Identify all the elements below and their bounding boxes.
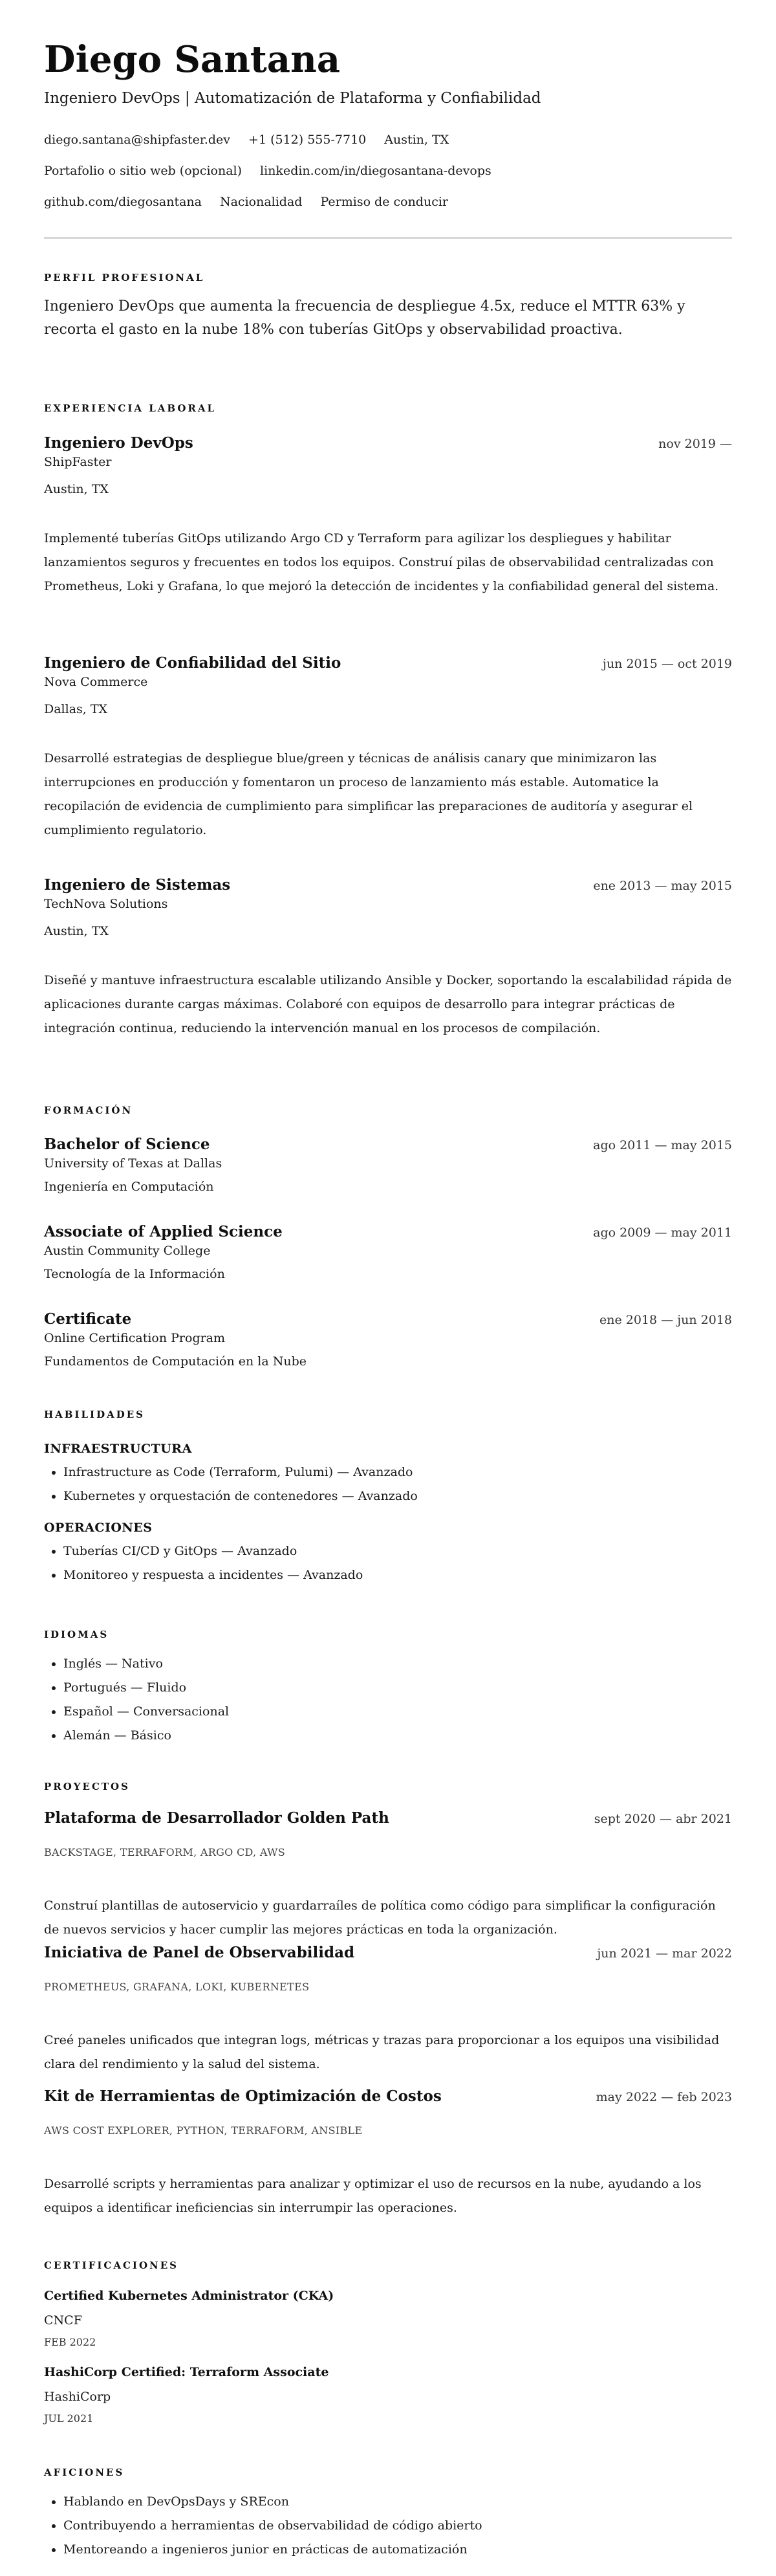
contact-portfolio[interactable]: Portafolio o sitio web (opcional): [44, 164, 242, 178]
job-dates: ene 2013 — may 2015: [593, 877, 732, 895]
header-divider: [44, 237, 732, 239]
section-title: Certificaciones: [44, 2258, 732, 2273]
section-certifications: Certificaciones Certified Kubernetes Adm…: [44, 2258, 732, 2427]
hobby-item: Mentoreando a ingenieros junior en práct…: [63, 2538, 732, 2562]
contact-row: Portafolio o sitio web (opcional)linkedi…: [44, 162, 732, 180]
skill-list: Infrastructure as Code (Terraform, Pulum…: [44, 1460, 732, 1508]
hobby-list: Hablando en DevOpsDays y SREcon Contribu…: [44, 2490, 732, 2562]
skill-item: Monitoreo y respuesta a incidentes — Ava…: [63, 1563, 732, 1587]
job-description: Diseñé y mantuve infraestructura escalab…: [44, 969, 732, 1040]
contact-linkedin[interactable]: linkedin.com/in/diegosantana-devops: [260, 164, 491, 178]
skill-group-title: OPERACIONES: [44, 1519, 732, 1537]
cert-date: JUL 2021: [44, 2411, 732, 2427]
contact-row: diego.santana@shipfaster.dev+1 (512) 555…: [44, 131, 732, 149]
job-role: Ingeniero de Confiabilidad del Sitio: [44, 654, 341, 673]
contact-nationality: Nacionalidad: [220, 195, 302, 209]
contact-row: github.com/diegosantanaNacionalidadPermi…: [44, 193, 732, 211]
job-company: Nova Commerce: [44, 673, 732, 691]
project-dates: may 2022 — feb 2023: [596, 2088, 732, 2106]
job-company: ShipFaster: [44, 453, 732, 471]
section-title: Habilidades: [44, 1407, 732, 1422]
project-description: Desarrollé scripts y herramientas para a…: [44, 2172, 732, 2220]
project-tech: PROMETHEUS, GRAFANA, LOKI, KUBERNETES: [44, 1979, 732, 1995]
language-list: Inglés — Nativo Portugués — Fluido Españ…: [44, 1652, 732, 1748]
contact-phone[interactable]: +1 (512) 555-7710: [248, 133, 366, 147]
cert-date: FEB 2022: [44, 2335, 732, 2350]
skill-item: Tuberías CI/CD y GitOps — Avanzado: [63, 1539, 732, 1563]
job-location: Dallas, TX: [44, 700, 732, 718]
language-item: Inglés — Nativo: [63, 1652, 732, 1676]
project-name: Plataforma de Desarrollador Golden Path: [44, 1809, 389, 1828]
language-item: Español — Conversacional: [63, 1700, 732, 1724]
job-entry: Ingeniero DevOps nov 2019 — ShipFaster A…: [44, 434, 732, 599]
candidate-name: Diego Santana: [44, 0, 732, 83]
cert-issuer: HashiCorp: [44, 2388, 732, 2406]
education-dates: ago 2011 — may 2015: [593, 1136, 732, 1154]
section-projects-title: Proyectos: [44, 1779, 732, 1794]
education-entry: Certificate ene 2018 — jun 2018 Online C…: [44, 1310, 732, 1371]
education-degree: Certificate: [44, 1310, 131, 1329]
job-entry: Ingeniero de Sistemas ene 2013 — may 201…: [44, 875, 732, 1040]
education-school: Austin Community College: [44, 1242, 732, 1260]
project-name: Iniciativa de Panel de Observabilidad: [44, 1943, 354, 1963]
skill-group-title: INFRAESTRUCTURA: [44, 1440, 732, 1458]
contact-github[interactable]: github.com/diegosantana: [44, 195, 202, 209]
language-item: Alemán — Básico: [63, 1724, 732, 1748]
contact-driving-license: Permiso de conducir: [320, 195, 448, 209]
job-dates: jun 2015 — oct 2019: [603, 655, 732, 673]
section-title: Perfil Profesional: [44, 270, 732, 285]
project-tech: BACKSTAGE, TERRAFORM, ARGO CD, AWS: [44, 1845, 732, 1860]
section-title: Idiomas: [44, 1627, 732, 1642]
job-role: Ingeniero de Sistemas: [44, 875, 230, 895]
job-company: TechNova Solutions: [44, 895, 732, 913]
section-title: Proyectos: [44, 1779, 732, 1794]
job-entry: Ingeniero de Confiabilidad del Sitio jun…: [44, 654, 732, 842]
project-dates: jun 2021 — mar 2022: [597, 1944, 732, 1963]
project-description: Construí plantillas de autoservicio y gu…: [44, 1894, 732, 1942]
education-field: Ingeniería en Computación: [44, 1178, 732, 1196]
resume-page: Diego Santana Ingeniero DevOps | Automat…: [0, 0, 776, 239]
project-entry: Iniciativa de Panel de Observabilidad ju…: [44, 1943, 732, 2076]
project-tech: AWS COST EXPLORER, PYTHON, TERRAFORM, AN…: [44, 2123, 732, 2139]
project-entry: Plataforma de Desarrollador Golden Path …: [44, 1809, 732, 1942]
education-dates: ene 2018 — jun 2018: [599, 1311, 732, 1329]
education-entry: Bachelor of Science ago 2011 — may 2015 …: [44, 1135, 732, 1196]
job-location: Austin, TX: [44, 480, 732, 498]
project-description: Creé paneles unificados que integran log…: [44, 2029, 732, 2076]
section-title: Formación: [44, 1103, 732, 1117]
education-entry: Associate of Applied Science ago 2009 — …: [44, 1222, 732, 1283]
language-item: Portugués — Fluido: [63, 1676, 732, 1700]
cert-issuer: CNCF: [44, 2311, 732, 2329]
education-field: Tecnología de la Información: [44, 1265, 732, 1283]
skill-list: Tuberías CI/CD y GitOps — Avanzado Monit…: [44, 1539, 732, 1587]
job-description: Desarrollé estrategias de despliegue blu…: [44, 747, 732, 842]
education-degree: Associate of Applied Science: [44, 1222, 283, 1242]
job-location: Austin, TX: [44, 922, 732, 940]
skill-item: Kubernetes y orquestación de contenedore…: [63, 1484, 732, 1508]
job-role: Ingeniero DevOps: [44, 434, 193, 453]
education-degree: Bachelor of Science: [44, 1135, 210, 1154]
section-skills: Habilidades INFRAESTRUCTURA Infrastructu…: [44, 1407, 732, 1587]
section-hobbies: Aficiones Hablando en DevOpsDays y SREco…: [44, 2465, 732, 2562]
section-education-title: Formación: [44, 1103, 732, 1117]
headline: Ingeniero DevOps | Automatización de Pla…: [44, 88, 732, 109]
section-summary: Perfil Profesional Ingeniero DevOps que …: [44, 270, 732, 342]
education-dates: ago 2009 — may 2011: [593, 1224, 732, 1242]
education-school: Online Certification Program: [44, 1329, 732, 1347]
contact-location: Austin, TX: [384, 133, 449, 147]
hobby-item: Hablando en DevOpsDays y SREcon: [63, 2490, 732, 2514]
education-field: Fundamentos de Computación en la Nube: [44, 1352, 732, 1371]
section-title: Aficiones: [44, 2465, 732, 2480]
job-description: Implementé tuberías GitOps utilizando Ar…: [44, 527, 732, 599]
project-name: Kit de Herramientas de Optimización de C…: [44, 2087, 442, 2106]
hobby-item: Contribuyendo a herramientas de observab…: [63, 2514, 732, 2538]
cert-name: Certified Kubernetes Administrator (CKA): [44, 2287, 732, 2305]
skill-item: Infrastructure as Code (Terraform, Pulum…: [63, 1460, 732, 1484]
section-experience-title: Experiencia Laboral: [44, 401, 732, 415]
cert-name: HashiCorp Certified: Terraform Associate: [44, 2363, 732, 2381]
project-dates: sept 2020 — abr 2021: [594, 1810, 732, 1828]
project-entry: Kit de Herramientas de Optimización de C…: [44, 2087, 732, 2220]
education-school: University of Texas at Dallas: [44, 1154, 732, 1172]
summary-text: Ingeniero DevOps que aumenta la frecuenc…: [44, 295, 732, 342]
resume-header: Diego Santana Ingeniero DevOps | Automat…: [44, 0, 732, 239]
contact-email[interactable]: diego.santana@shipfaster.dev: [44, 133, 230, 147]
job-dates: nov 2019 —: [658, 435, 732, 453]
section-languages: Idiomas Inglés — Nativo Portugués — Flui…: [44, 1627, 732, 1748]
section-title: Experiencia Laboral: [44, 401, 732, 415]
